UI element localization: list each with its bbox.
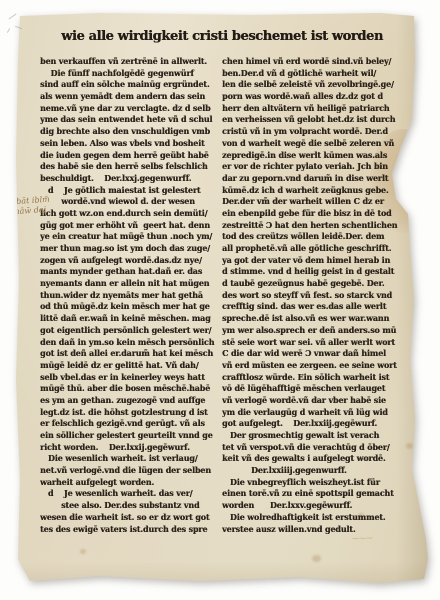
text-line: ye ein creatur hat mügē thun .noch ym/ (40, 231, 226, 243)
text-line: Der.lxxiiij.gegenwurff. (222, 465, 418, 477)
text-line: keit vñ des gewalts i aufgelegt wordē. (222, 453, 418, 465)
text-line: selb vbel.das er in keinerley weys hatt (40, 372, 226, 384)
text-line: stee also. Der.des substantz vnd (40, 500, 226, 512)
text-line: littē dañ er.wañ in keinē mēschen. mag (40, 313, 226, 325)
text-line: crefftig sind. das wer es.das alle werlt (222, 301, 418, 313)
text-line: vñ erd müsten ee zergeen. ee seine wort (222, 360, 418, 372)
text-line: Der.der vm̃ der warheit willen C dz er (222, 196, 418, 208)
text-line: mūgē leidē dz er gelittē hat. Vñ dah/ (40, 360, 226, 372)
text-line: kūmē.dz ich d warheit zeügknus gebe. (222, 185, 418, 197)
text-line: od thū mūgē.dz kein mēsch mer hat ge (40, 301, 226, 313)
scan-background: { "document": { "header": "wie alle wird… (0, 0, 440, 600)
text-line: gūg got mer erhöht vñ geert hat. denn (40, 220, 226, 232)
pencil-mark (7, 28, 10, 33)
text-line: en verheissen vñ gelobt het.dz ist durch (222, 114, 418, 126)
text-line: Die vnbegreyflich weiszheyt.ist für (222, 477, 418, 489)
text-line: des wort so steyff vñ fest. so starck vn… (222, 290, 418, 302)
text-line: er felschlich gezigē.vnd gerūgt. vñ als (40, 418, 226, 430)
text-line: ym die verlaugūg d warheit vñ lüg wid (222, 407, 418, 419)
text-line: ya got der vater vō dem himel herab in (222, 255, 418, 267)
text-line: d Je wesenlich warheit. das ver/ (40, 488, 226, 500)
column-right: chen himel vñ erd wordē sind.vñ beley/be… (222, 56, 418, 535)
text-line: Die fünff nachfolgēdē gegenwürf (40, 68, 226, 80)
text-line: tes des ewigē vaters ist.durch des spre (40, 524, 226, 536)
text-line: beschuldigt. Der.lxxj.gegenwurff. (40, 173, 226, 185)
text-line: thun.wider dz nyemāts mer hat gethā (40, 290, 226, 302)
text-line: warheit aufgelegt worden. (40, 477, 226, 489)
ink-scribble: ⁓⁓⁓ (352, 533, 398, 543)
text-line: sein leben. Also was vbels vnd bosheit (40, 138, 226, 150)
text-line: Der grosmechtig gewalt ist verach (222, 430, 418, 442)
text-line: C die dar wid werē Ɔ vnwar dañ himel (222, 348, 418, 360)
text-line: d stimme. vnd d heilig geist in d gestal… (222, 266, 418, 278)
text-line: des habē sie den herrē selbs felschlich (40, 161, 226, 173)
text-line: got aufgelegt. Der.lxxiij.gegēwurf. (222, 418, 418, 430)
text-line: yme das sein entwendet hete vñ d schul (40, 114, 226, 126)
text-line: mer thun mag.so ist ym doch das zuge/ (40, 243, 226, 255)
text-line: crafftlosz würde. Ein sōlich warheit ist (222, 372, 418, 384)
foxing-spot (80, 549, 86, 554)
text-line: stē seie wort war sei. vñ aller werlt wo… (222, 337, 418, 349)
text-line: dar zu geporn.vnd darum̃ in dise werlt (222, 173, 418, 185)
text-line: zestreittē Ɔ hat den herten schentlichen (222, 220, 418, 232)
text-line: von d warheit wegē die selbē zeleren vñ (222, 138, 418, 150)
text-line: porn was wordē.wañ alles dz.dz got d (222, 91, 418, 103)
text-line: len die selbē zeleistē vñ zevolbringē.ge… (222, 79, 418, 91)
text-line: worden Der.lxxv.gegēwurff. (222, 500, 418, 512)
text-line: ein ebenpild gebe für die bisz in dē tod (222, 208, 418, 220)
text-line: cristū vñ in ym volpracht wordē. Der.d (222, 126, 418, 138)
text-line: einen torē.vñ zu einē spottspil gemacht (222, 488, 418, 500)
text-line: ym wer also.sprech er deñ anders.so mū (222, 325, 418, 337)
text-line: vñ verlogē wordē.vñ dar vber habē sie (222, 395, 418, 407)
paper-surface: wie alle wirdigkeit cristi beschemet ist… (14, 13, 430, 587)
page-header: wie alle wirdigkeit cristi beschemet ist… (44, 29, 400, 44)
text-line: all prophetē.vñ alle gōtliche geschrifft… (222, 243, 418, 255)
text-line: chen himel vñ erd wordē sind.vñ beley/ (222, 56, 418, 68)
text-line: den dañ in ym.so kein mēsch persōnlich (40, 337, 226, 349)
text-line: mūgē thū. aber die bosen mēschē.habē (40, 383, 226, 395)
text-line: die iuden gegen dem herrē geübt habē (40, 150, 226, 162)
text-line: ben verkauffen vñ zertrēnē in allwerlt. (40, 56, 226, 68)
text-line: Die wolredhaftigkeit ist erstummet. (222, 512, 418, 524)
text-line: dig brechte also den vnschuldigen vmb (40, 126, 226, 138)
column-left: ben verkauffen vñ zertrēnē in allwerlt. … (40, 56, 226, 535)
text-line: herr den altvätern vñ heiligē patriarch (222, 103, 418, 115)
text-line: er vor de richter pylato veriah. Jch bin (222, 161, 418, 173)
text-line: neme.vñ yne dar zu verclagte. dz d selb (40, 103, 226, 115)
text-line: nyemants dann er allein nit hat mügen (40, 278, 226, 290)
text-line: es ym an gethan. zugezogē vnd auffge (40, 395, 226, 407)
text-line: als wenn yemādt dem andern das sein (40, 91, 226, 103)
text-line: spreche.dē ist also.vñ es wer war.wann (222, 313, 418, 325)
text-line: sind auff ein sōlche mainūg ergründet. (40, 79, 226, 91)
text-line: net.vñ verlogē.vnd die lügen der selben (40, 465, 226, 477)
text-line: zepredigē.in dise werlt kūmen was.als (222, 150, 418, 162)
text-line: Die wesenlich warheit. ist verlaug/ (40, 453, 226, 465)
paper-edge-shadow-bottom (14, 561, 430, 587)
text-line: mants mynder gethan hat.dañ er. das (40, 266, 226, 278)
text-line: richt worden. Der.lxxij.gegēwurf. (40, 442, 226, 454)
text-line: got ist deñ allei er.darum̃ hat kei mēsc… (40, 348, 226, 360)
text-line: legt.dz ist. die hōhst gotzlestrung d is… (40, 407, 226, 419)
text-line: wesen die warheit ist. so er dz wort got (40, 512, 226, 524)
text-line: tet vñ verspot.vñ die verachtūg d ōber/ (222, 442, 418, 454)
foxing-spot (312, 555, 321, 562)
paper-sheet: wie alle wirdigkeit cristi beschemet ist… (14, 13, 430, 587)
text-line: ein sōllicher gelestert geurteilt vnnd g… (40, 430, 226, 442)
text-line: vō dē lügēhafftigē mēschen verlauget (222, 383, 418, 395)
text-line: ben.Der.d vñ d gōtlichē warheit wil/ (222, 68, 418, 80)
text-line: d taubē gezeügnus habē gegebē. Der. (222, 278, 418, 290)
text-line: tod des creützs wōllen leidē.Der. dem (222, 231, 418, 243)
text-line: got eigentlich persōnlich gelestert wer/ (40, 325, 226, 337)
text-line: zogen vñ aufgelegt wordē.das.dz nye/ (40, 255, 226, 267)
